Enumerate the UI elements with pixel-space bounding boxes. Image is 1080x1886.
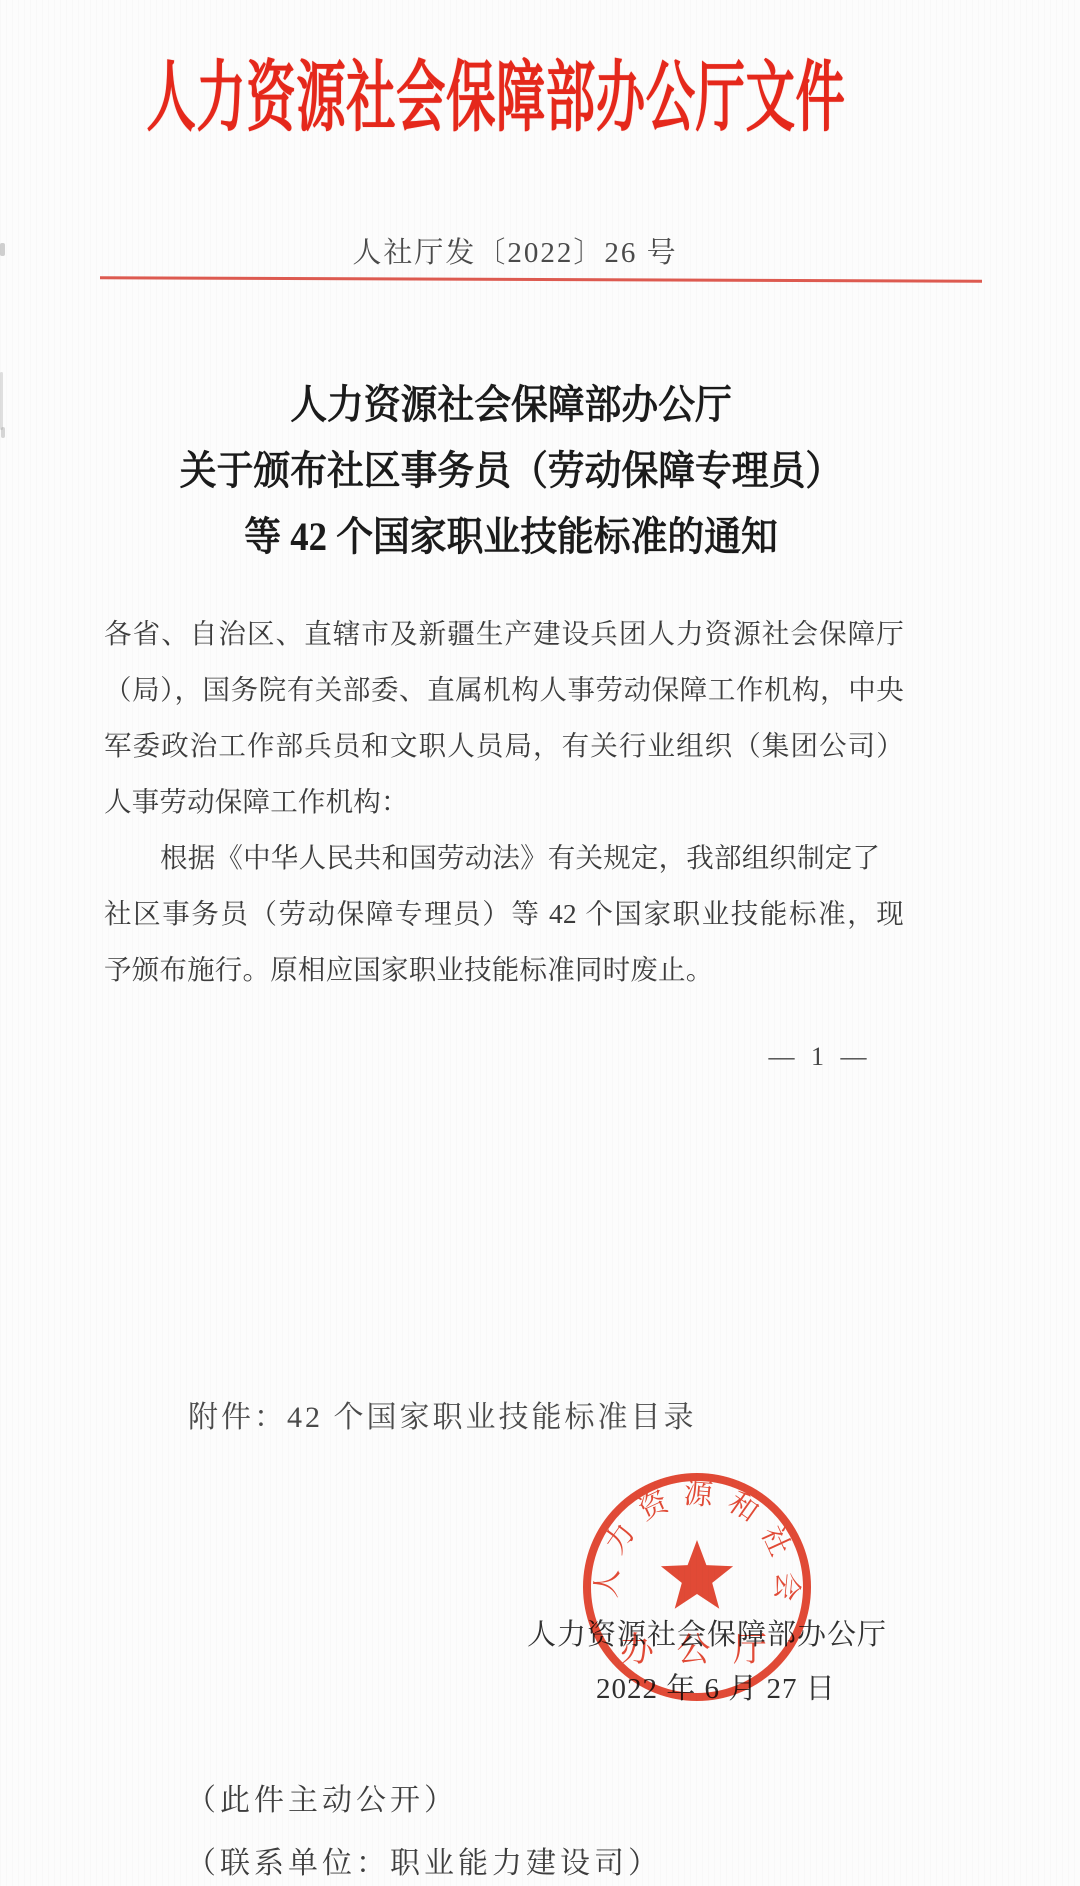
disclosure-note: （此件主动公开）: [186, 1775, 458, 1819]
body-line: 军委政治工作部兵员和文职人员局，有关行业组织（集团公司）: [104, 718, 904, 774]
scan-artifact: [0, 372, 3, 430]
letterhead-title: 人力资源社会保障部办公厅文件: [0, 36, 1030, 147]
scan-artifact: [1, 427, 5, 438]
official-seal-stamp: 人力资源和社会保障部 办 公 厅: [547, 1437, 847, 1737]
seal-office-text: 办 公 厅: [620, 1631, 774, 1669]
document-number: 人社厅发〔2022〕26 号: [0, 230, 1055, 271]
attachment-note: 附件：42 个国家职业技能标准目录: [188, 1392, 697, 1436]
notice-title-line-1: 人力资源社会保障部办公厅: [290, 372, 732, 438]
body-line: （局），国务院有关部委、直属机构人事劳动保障工作机构，中央: [104, 662, 904, 718]
body-line: 根据《中华人民共和国劳动法》有关规定，我部组织制定了: [104, 830, 904, 886]
body-line: 予颁布施行。原相应国家职业技能标准同时废止。: [104, 942, 904, 998]
letterhead-title-text: 人力资源社会保障部办公厅文件: [147, 36, 846, 147]
notice-title: 人力资源社会保障部办公厅 关于颁布社区事务员（劳动保障专理员） 等 42 个国家…: [0, 372, 1051, 570]
notice-title-line-2: 关于颁布社区事务员（劳动保障专理员）: [180, 438, 842, 504]
body-line: 社区事务员（劳动保障专理员）等 42 个国家职业技能标准，现: [104, 886, 904, 942]
contact-unit-note: （联系单位：职业能力建设司）: [186, 1838, 662, 1882]
scan-artifact: [0, 243, 5, 256]
body-line: 人事劳动保障工作机构：: [104, 774, 904, 830]
red-divider-rule: [100, 276, 982, 282]
body-text: 各省、自治区、直辖市及新疆生产建设兵团人力资源社会保障厅 （局），国务院有关部委…: [104, 606, 904, 998]
notice-title-line-3: 等 42 个国家职业技能标准的通知: [244, 504, 778, 570]
page-number: — 1 —: [735, 1042, 905, 1072]
document-page: 人力资源社会保障部办公厅文件 人社厅发〔2022〕26 号 人力资源社会保障部办…: [0, 0, 1080, 1886]
body-line: 各省、自治区、直辖市及新疆生产建设兵团人力资源社会保障厅: [104, 606, 904, 662]
seal-star-icon: [661, 1540, 733, 1609]
